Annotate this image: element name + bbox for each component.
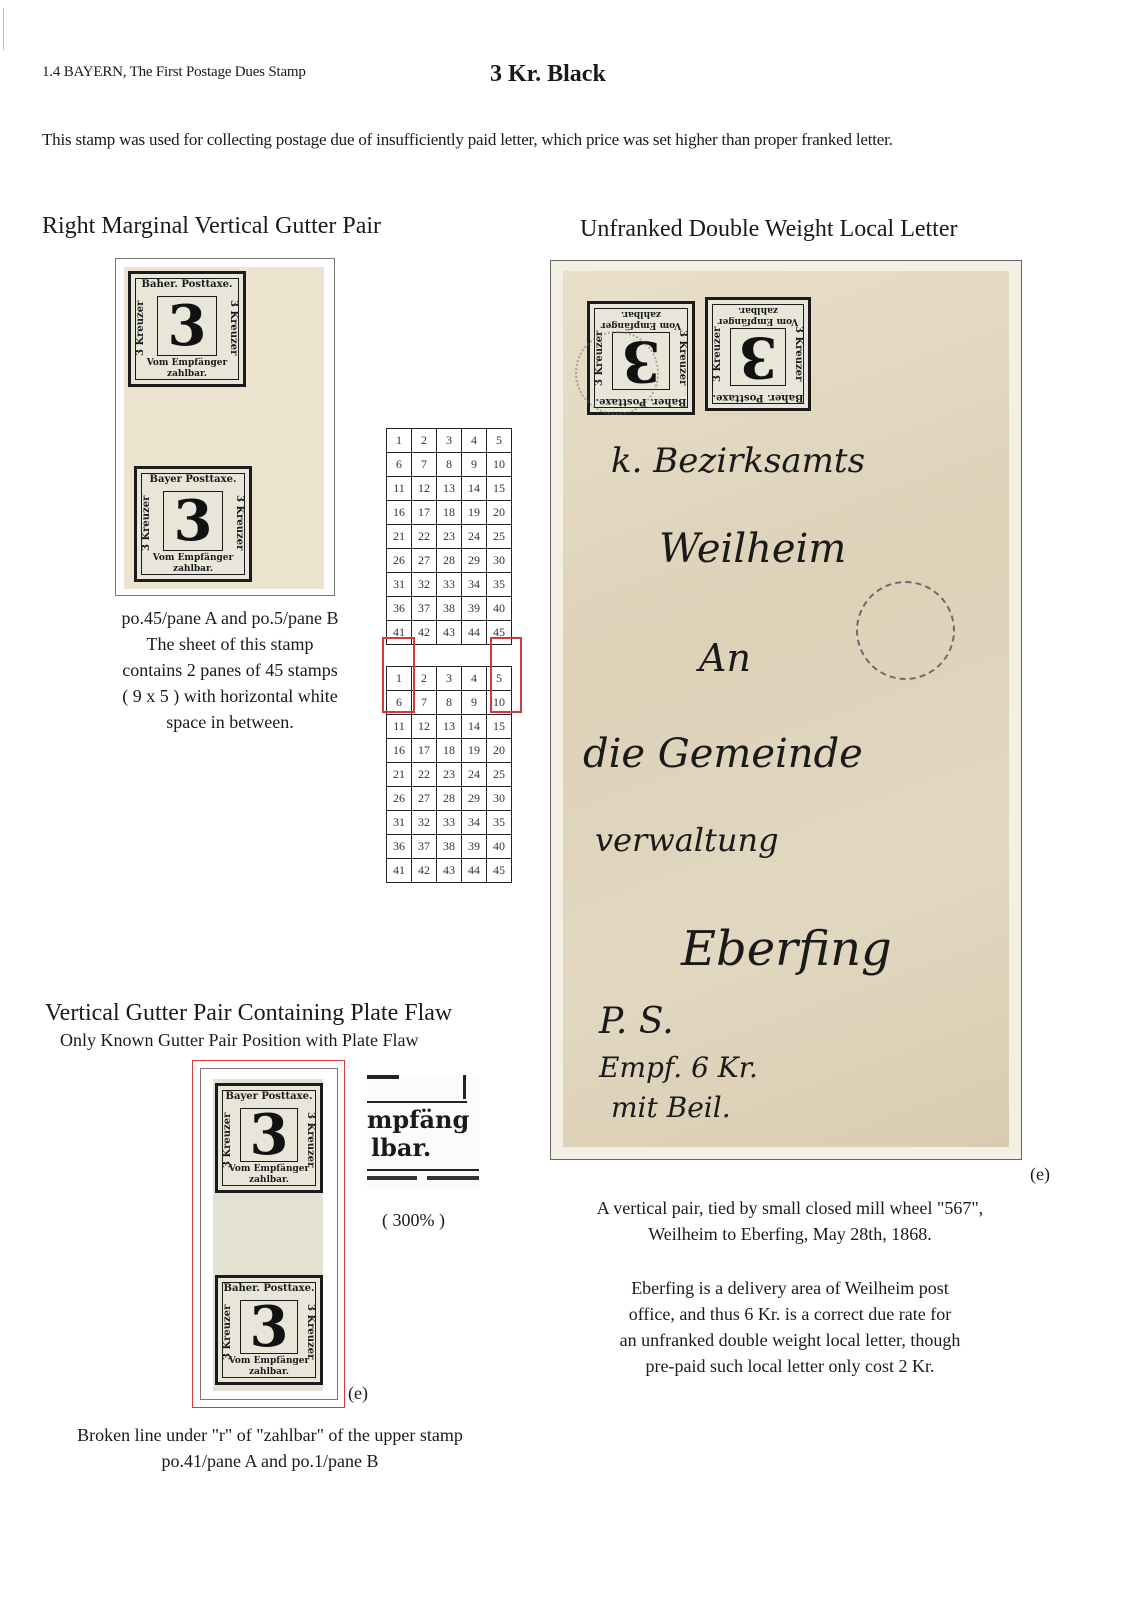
sheet-position-cell: 3	[437, 667, 462, 691]
sheet-position-cell: 29	[462, 549, 487, 573]
sheet-position-cell: 16	[387, 501, 412, 525]
sheet-position-cell: 3	[437, 429, 462, 453]
sheet-position-cell: 19	[462, 501, 487, 525]
highlight-box-left	[382, 637, 415, 713]
sheet-position-cell: 34	[462, 573, 487, 597]
sheet-position-cell: 28	[437, 787, 462, 811]
sheet-position-cell: 30	[487, 549, 512, 573]
sheet-position-cell: 18	[437, 739, 462, 763]
sheet-position-cell: 7	[412, 453, 437, 477]
address-line-3: An	[699, 636, 751, 680]
sheet-position-cell: 27	[412, 787, 437, 811]
sheet-position-cell: 22	[412, 763, 437, 787]
letter-rate-note: Eberfing is a delivery area of Weilheim …	[540, 1275, 1040, 1379]
weilheim-cds-postmark	[856, 581, 955, 680]
sheet-position-cell: 25	[487, 763, 512, 787]
sheet-position-cell: 39	[462, 835, 487, 859]
sheet-position-cell: 31	[387, 573, 412, 597]
sheet-position-cell: 17	[412, 501, 437, 525]
sheet-position-cell: 21	[387, 525, 412, 549]
sheet-position-cell: 2	[412, 429, 437, 453]
pane-a-grid: 1234567891011121314151617181920212223242…	[386, 428, 512, 645]
sheet-position-cell: 27	[412, 549, 437, 573]
address-line-6: Eberfing	[681, 921, 892, 977]
sheet-position-cell: 13	[437, 715, 462, 739]
sheet-position-cell: 36	[387, 597, 412, 621]
stamp-flaw-upper: Bayer Posttaxe. 3 Kreuzer 3 Kreuzer 3 Vo…	[215, 1083, 323, 1193]
heading-plate-flaw: Vertical Gutter Pair Containing Plate Fl…	[45, 1000, 452, 1027]
sheet-position-cell: 14	[462, 715, 487, 739]
sheet-position-cell: 14	[462, 477, 487, 501]
stamp-upper: Baher. Posttaxe. 3 Kreuzer 3 Kreuzer 3 V…	[128, 271, 246, 387]
sheet-position-cell: 15	[487, 477, 512, 501]
sheet-position-cell: 30	[487, 787, 512, 811]
letter-caption: A vertical pair, tied by small closed mi…	[540, 1195, 1040, 1247]
sheet-position-cell: 11	[387, 715, 412, 739]
sheet-position-cell: 42	[412, 621, 437, 645]
section-reference: 1.4 BAYERN, The First Postage Dues Stamp	[42, 64, 306, 81]
sheet-position-cell: 18	[437, 501, 462, 525]
sheet-position-cell: 35	[487, 573, 512, 597]
sheet-position-cell: 40	[487, 835, 512, 859]
expertise-mark-right: (e)	[1030, 1164, 1050, 1185]
highlight-box-right	[490, 637, 522, 713]
sheet-position-cell: 8	[437, 453, 462, 477]
cover-stamp-right: Baher. Posttaxe. 3 Kreuzer 3 Kreuzer 3 V…	[705, 297, 811, 411]
plate-flaw-caption: Broken line under "r" of "zahlbar" of th…	[20, 1422, 520, 1474]
intro-text: This stamp was used for collecting posta…	[42, 130, 893, 150]
sheet-position-cell: 32	[412, 573, 437, 597]
address-line-2: Weilheim	[659, 526, 846, 572]
sheet-position-cell: 12	[412, 715, 437, 739]
sheet-position-cell: 26	[387, 787, 412, 811]
sheet-position-cell: 6	[387, 453, 412, 477]
sheet-position-cell: 9	[462, 691, 487, 715]
page-title: 3 Kr. Black	[490, 61, 606, 88]
sheet-position-cell: 45	[487, 859, 512, 883]
sheet-position-cell: 32	[412, 811, 437, 835]
sheet-position-cell: 29	[462, 787, 487, 811]
sheet-position-cell: 20	[487, 739, 512, 763]
sheet-position-cell: 19	[462, 739, 487, 763]
sheet-position-cell: 33	[437, 573, 462, 597]
sheet-position-cell: 31	[387, 811, 412, 835]
sheet-position-cell: 23	[437, 763, 462, 787]
gutter-pair-image: Baher. Posttaxe. 3 Kreuzer 3 Kreuzer 3 V…	[115, 258, 335, 596]
sheet-position-cell: 23	[437, 525, 462, 549]
sheet-position-cell: 21	[387, 763, 412, 787]
sheet-position-cell: 20	[487, 501, 512, 525]
sheet-position-cell: 43	[437, 621, 462, 645]
sheet-position-cell: 15	[487, 715, 512, 739]
sheet-position-cell: 26	[387, 549, 412, 573]
address-line-9: mit Beil.	[611, 1091, 731, 1124]
sheet-position-cell: 34	[462, 811, 487, 835]
sheet-position-cell: 33	[437, 811, 462, 835]
sheet-position-cell: 1	[387, 429, 412, 453]
sheet-position-cell: 43	[437, 859, 462, 883]
address-line-4: die Gemeinde	[583, 731, 863, 777]
sheet-position-cell: 4	[462, 429, 487, 453]
sheet-position-cell: 37	[412, 835, 437, 859]
cover-image: Baher. Posttaxe. 3 Kreuzer 3 Kreuzer 3 V…	[550, 260, 1022, 1160]
sheet-position-cell: 38	[437, 597, 462, 621]
expertise-mark-left: (e)	[348, 1383, 368, 1404]
sheet-position-cell: 39	[462, 597, 487, 621]
sheet-position-cell: 25	[487, 525, 512, 549]
sheet-position-cell: 11	[387, 477, 412, 501]
heading-gutter-pair: Right Marginal Vertical Gutter Pair	[42, 213, 381, 240]
plate-flaw-zoom-image: mpfäng lbar.	[367, 1075, 479, 1190]
sheet-position-cell: 36	[387, 835, 412, 859]
sheet-position-cell: 8	[437, 691, 462, 715]
address-line-8: Empf. 6 Kr.	[599, 1051, 758, 1084]
sheet-position-cell: 22	[412, 525, 437, 549]
sheet-position-cell: 12	[412, 477, 437, 501]
sheet-position-cell: 40	[487, 597, 512, 621]
sheet-position-cell: 38	[437, 835, 462, 859]
sheet-position-cell: 28	[437, 549, 462, 573]
sheet-position-cell: 24	[462, 763, 487, 787]
sheet-position-cell: 35	[487, 811, 512, 835]
cancel-postmark	[575, 331, 659, 415]
address-line-1: k. Bezirksamts	[611, 441, 865, 481]
sheet-position-cell: 5	[487, 429, 512, 453]
stamp-lower: Bayer Posttaxe. 3 Kreuzer 3 Kreuzer 3 Vo…	[134, 466, 252, 582]
sheet-position-cell: 37	[412, 597, 437, 621]
sheet-position-cell: 9	[462, 453, 487, 477]
stamp-flaw-lower: Baher. Posttaxe. 3 Kreuzer 3 Kreuzer 3 V…	[215, 1275, 323, 1385]
sheet-position-cell: 44	[462, 859, 487, 883]
sheet-position-cell: 17	[412, 739, 437, 763]
address-line-7: P. S.	[599, 1001, 674, 1042]
sheet-position-cell: 44	[462, 621, 487, 645]
sheet-position-cell: 10	[487, 453, 512, 477]
sheet-position-cell: 24	[462, 525, 487, 549]
sheet-position-cell: 7	[412, 691, 437, 715]
sheet-position-cell: 42	[412, 859, 437, 883]
sheet-position-cell: 13	[437, 477, 462, 501]
subheading-plate-flaw: Only Known Gutter Pair Position with Pla…	[60, 1030, 419, 1051]
address-line-5: verwaltung	[595, 821, 779, 859]
sheet-position-cell: 4	[462, 667, 487, 691]
sheet-position-cell: 16	[387, 739, 412, 763]
heading-letter: Unfranked Double Weight Local Letter	[580, 216, 957, 243]
sheet-position-cell: 41	[387, 859, 412, 883]
page-edge-line	[3, 8, 4, 50]
zoom-level-label: ( 300% )	[382, 1210, 445, 1231]
sheet-position-cell: 2	[412, 667, 437, 691]
plate-flaw-pair-image: Bayer Posttaxe. 3 Kreuzer 3 Kreuzer 3 Vo…	[200, 1068, 338, 1400]
gutter-pair-caption: po.45/pane A and po.5/pane B The sheet o…	[80, 605, 380, 735]
